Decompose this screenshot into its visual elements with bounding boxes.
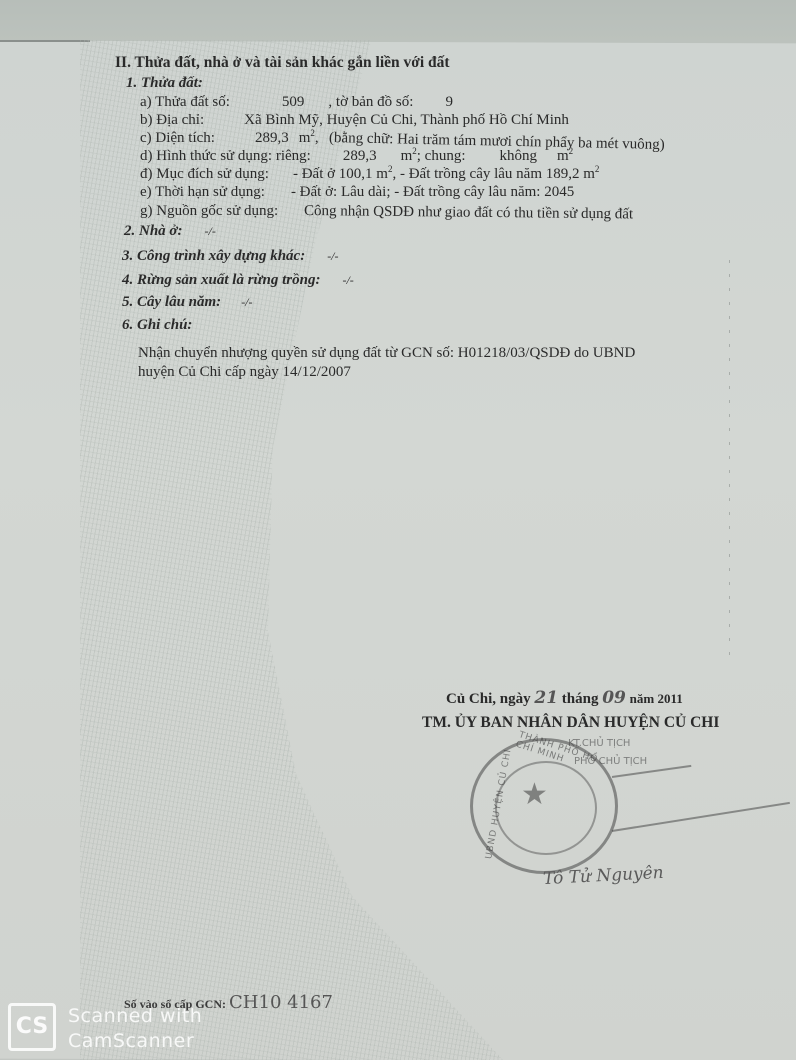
production-forest-label: 4. Rừng sản xuất là rừng trồng: xyxy=(122,272,320,288)
term-value: - Đất ở: Lâu dài; - Đất trồng cây lâu nă… xyxy=(291,184,574,200)
section-title: II. Thửa đất, nhà ở và tài sản khác gắn … xyxy=(115,54,450,72)
other-construction-label: 3. Công trình xây dựng khác: xyxy=(122,248,305,264)
other-construction-value: -/- xyxy=(327,249,338,263)
address-value: Xã Bình Mỹ, Huyện Củ Chi, Thành phố Hồ C… xyxy=(244,112,569,128)
year-label: năm 2011 xyxy=(630,691,683,706)
note-line-1: Nhận chuyển nhượng quyền sử dụng đất từ … xyxy=(138,344,635,362)
usage-form-label: d) Hình thức sử dụng: riêng: xyxy=(140,148,311,164)
perennial-trees-value: -/- xyxy=(241,295,252,309)
parcel-number-row: a) Thửa đất số:509, tờ bản đồ số:9 xyxy=(140,93,453,111)
address-label: b) Địa chỉ: xyxy=(140,112,204,128)
term-label: e) Thời hạn sử dụng: xyxy=(140,184,265,200)
usage-private-unit: m xyxy=(401,148,413,164)
map-sheet-label: , tờ bản đồ số: xyxy=(328,94,413,110)
month-handwritten: 09 xyxy=(602,688,626,708)
issuing-authority: TM. ỦY BAN NHÂN DÂN HUYỆN CỦ CHI xyxy=(422,714,719,732)
area-value: 289,3 xyxy=(255,130,289,146)
origin-value: Công nhận QSDĐ như giao đất có thu tiền … xyxy=(304,202,633,223)
parcel-heading: 1. Thửa đất: xyxy=(126,74,203,92)
usage-common-label: ; chung: xyxy=(417,148,466,164)
month-label: tháng xyxy=(562,691,599,707)
purpose-label: đ) Mục đích sử dụng: xyxy=(140,166,269,182)
perennial-trees-row: 5. Cây lâu năm:-/- xyxy=(122,293,253,311)
parcel-number-label: a) Thửa đất số: xyxy=(140,94,230,110)
purpose-row: đ) Mục đích sử dụng:- Đất ở 100,1 m2, - … xyxy=(140,165,599,183)
production-forest-value: -/- xyxy=(342,273,353,287)
other-construction-row: 3. Công trình xây dựng khác:-/- xyxy=(122,247,339,265)
camscanner-logo-icon: CS xyxy=(8,1003,56,1051)
signer-role-2: PHÓ CHỦ TỊCH xyxy=(574,756,647,767)
term-row: e) Thời hạn sử dụng:- Đất ở: Lâu dài; - … xyxy=(140,183,574,201)
area-label: c) Diện tích: xyxy=(140,130,215,146)
document-content: II. Thửa đất, nhà ở và tài sản khác gắn … xyxy=(0,0,796,1060)
day-handwritten: 21 xyxy=(534,688,558,708)
note-line-2: huyện Củ Chi cấp ngày 14/12/2007 xyxy=(138,363,351,381)
star-emblem-icon: ★ xyxy=(521,777,548,812)
watermark-line-1: Scanned with xyxy=(68,1005,202,1027)
address-row: b) Địa chỉ:Xã Bình Mỹ, Huyện Củ Chi, Thà… xyxy=(140,111,569,129)
house-label: 2. Nhà ở: xyxy=(124,223,182,239)
usage-common-value: không xyxy=(500,148,538,164)
map-sheet-value: 9 xyxy=(445,94,453,110)
usage-common-unit: m xyxy=(557,148,569,164)
origin-label: g) Nguồn gốc sử dụng: xyxy=(140,203,278,219)
signature-stroke xyxy=(612,802,790,832)
house-row: 2. Nhà ở:-/- xyxy=(124,222,216,240)
signer-role-1: KT.CHỦ TỊCH xyxy=(568,738,630,749)
origin-row: g) Nguồn gốc sử dụng:Công nhận QSDĐ như … xyxy=(140,202,633,220)
camscanner-watermark: CS Scanned with CamScanner xyxy=(8,1003,388,1059)
notes-heading: 6. Ghi chú: xyxy=(122,316,192,334)
usage-private-value: 289,3 xyxy=(343,148,377,164)
watermark-line-2: CamScanner xyxy=(68,1030,194,1052)
production-forest-row: 4. Rừng sản xuất là rừng trồng:-/- xyxy=(122,271,354,289)
perennial-trees-label: 5. Cây lâu năm: xyxy=(122,294,221,310)
house-value: -/- xyxy=(204,224,215,238)
usage-form-row: d) Hình thức sử dụng: riêng:289,3m2; chu… xyxy=(140,147,573,165)
place-date: Củ Chi, ngày 21 tháng 09 năm 2011 xyxy=(446,689,683,708)
area-unit: m xyxy=(299,130,311,146)
area-row: c) Diện tích:289,3m2,(bằng chữ: Hai trăm… xyxy=(140,129,664,147)
parcel-number-value: 509 xyxy=(282,94,305,110)
purpose-perennial: , - Đất trồng cây lâu năm 189,2 m xyxy=(392,166,594,182)
purpose-residential: - Đất ở 100,1 m xyxy=(293,166,388,182)
place-date-prefix: Củ Chi, ngày xyxy=(446,691,531,707)
